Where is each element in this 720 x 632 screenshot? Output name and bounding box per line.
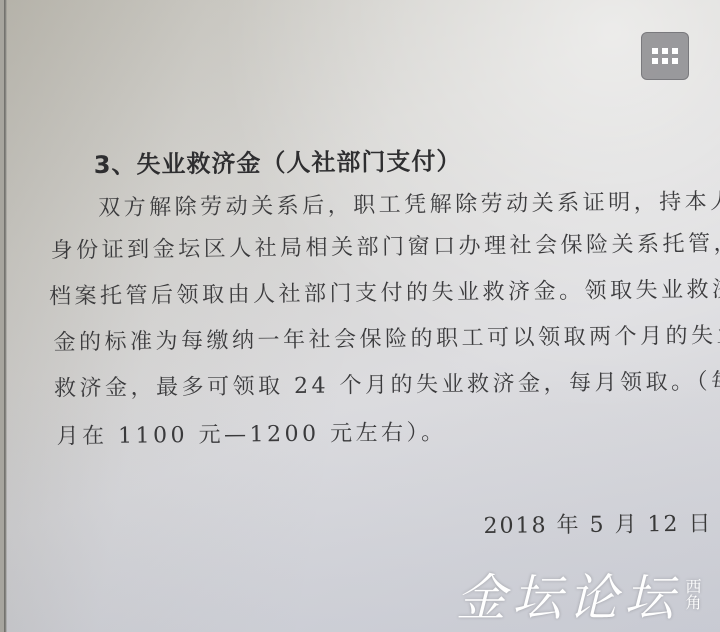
- document-date: 2018 年 5 月 12 日: [483, 507, 712, 540]
- paragraph-line: 金的标准为每缴纳一年社会保险的职工可以领取两个月的失业: [53, 318, 720, 356]
- grid-menu-icon: [672, 48, 678, 54]
- paragraph-line: 救济金，最多可领取 24 个月的失业救济金，每月领取。（每: [54, 364, 720, 402]
- grid-menu-icon: [662, 48, 668, 54]
- grid-menu-icon: [652, 58, 658, 64]
- grid-menu-button[interactable]: [641, 32, 689, 80]
- grid-menu-icon: [662, 58, 668, 64]
- watermark-seal: 西角: [684, 578, 701, 610]
- paragraph-line: 月在 1100 元—1200 元左右）。: [56, 415, 446, 450]
- section-heading: 3、失业救济金（人社部门支付）: [94, 141, 462, 180]
- watermark-logo: 金坛论坛 西角: [456, 558, 718, 630]
- grid-menu-icon: [652, 48, 658, 54]
- watermark-text: 金坛论坛: [456, 558, 680, 630]
- paragraph-line: 档案托管后领取由人社部门支付的失业救济金。领取失业救济: [49, 272, 720, 310]
- grid-menu-icon: [672, 58, 678, 64]
- paragraph-line: 身份证到金坛区人社局相关部门窗口办理社会保险关系托管，: [50, 226, 720, 264]
- document-page: 3、失业救济金（人社部门支付） 双方解除劳动关系后，职工凭解除劳动关系证明，持本…: [0, 0, 720, 632]
- paragraph-line: 双方解除劳动关系后，职工凭解除劳动关系证明，持本人: [98, 184, 720, 222]
